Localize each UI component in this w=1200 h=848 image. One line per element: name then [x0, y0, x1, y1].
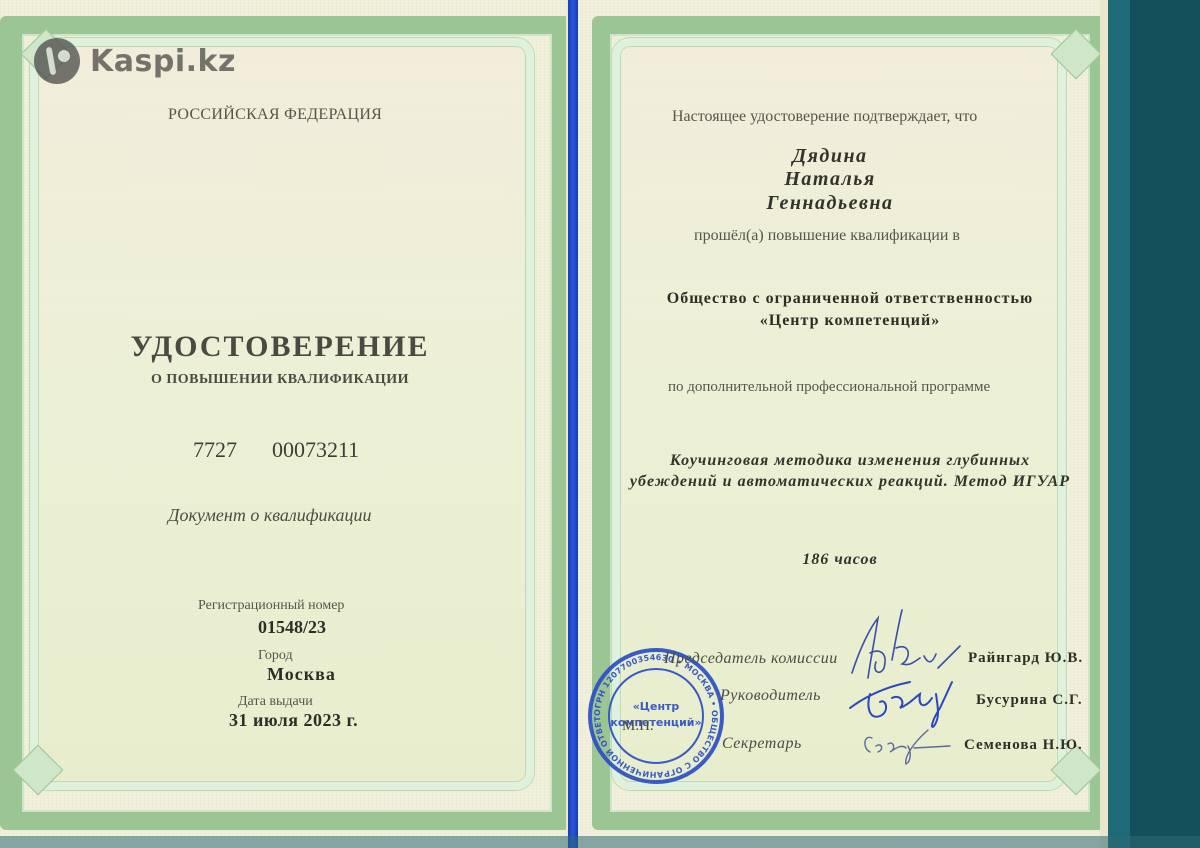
- signatory-name-secretary: Семенова Н.Ю.: [964, 737, 1083, 754]
- document-number: 00073211: [272, 437, 359, 463]
- organization-name-line2: «Центр компетенций»: [640, 312, 1060, 330]
- city-label: Город: [258, 648, 293, 664]
- watermark: Kaspi.kz: [34, 38, 236, 84]
- signatory-role-chair: Председатель комиссии: [664, 650, 838, 668]
- watermark-text: Kaspi.kz: [90, 44, 236, 79]
- holder-patronymic: Геннадьевна: [760, 192, 900, 215]
- stamp-center-line1: «Центр: [633, 700, 680, 713]
- signature-head-icon: [850, 682, 952, 727]
- organization-name-line1: Общество с ограниченной ответственностью: [640, 290, 1060, 308]
- document-title: УДОСТОВЕРЕНИЕ: [100, 330, 460, 364]
- signatory-role-secretary: Секретарь: [722, 735, 802, 753]
- seal-label: М.П.: [622, 718, 654, 735]
- city-value: Москва: [267, 664, 336, 685]
- cover-bottom-edge: [0, 836, 1200, 848]
- country-name: РОССИЙСКАЯ ФЕДЕРАЦИЯ: [168, 106, 382, 124]
- program-title-line1: Коучинговая методика изменения глубинных: [600, 452, 1100, 470]
- document-subtitle: О ПОВЫШЕНИИ КВАЛИФИКАЦИИ: [100, 372, 460, 388]
- handwritten-signatures: [840, 598, 970, 768]
- left-page: РОССИЙСКАЯ ФЕДЕРАЦИЯ УДОСТОВЕРЕНИЕ О ПОВ…: [0, 0, 568, 848]
- signatory-name-head: Бусурина С.Г.: [976, 692, 1083, 709]
- issue-date-value: 31 июля 2023 г.: [229, 710, 358, 731]
- signatory-name-chair: Райнгард Ю.В.: [968, 650, 1083, 667]
- program-hours: 186 часов: [790, 551, 890, 569]
- kaspi-logo-icon: [34, 38, 80, 84]
- holder-surname: Дядина: [760, 145, 900, 168]
- program-title-line2: убеждений и автоматических реакций. Мето…: [600, 473, 1100, 491]
- document-type: Документ о квалификации: [168, 505, 372, 526]
- program-label: по дополнительной профессиональной прогр…: [668, 379, 990, 396]
- signature-chair-icon: [852, 610, 960, 678]
- signatory-role-head: Руководитель: [720, 687, 821, 705]
- cover-edge: [1100, 0, 1200, 848]
- confirmation-text: Настоящее удостоверение подтверждает, чт…: [672, 108, 977, 126]
- holder-first-name: Наталья: [760, 168, 900, 191]
- issue-date-label: Дата выдачи: [238, 694, 313, 710]
- registration-label: Регистрационный номер: [198, 598, 344, 614]
- binding-ribbon: [568, 0, 578, 848]
- passed-text: прошёл(а) повышение квалификации в: [694, 227, 960, 245]
- registration-number: 01548/23: [258, 617, 326, 638]
- document-series: 7727: [193, 437, 237, 463]
- signature-secretary-icon: [865, 730, 950, 764]
